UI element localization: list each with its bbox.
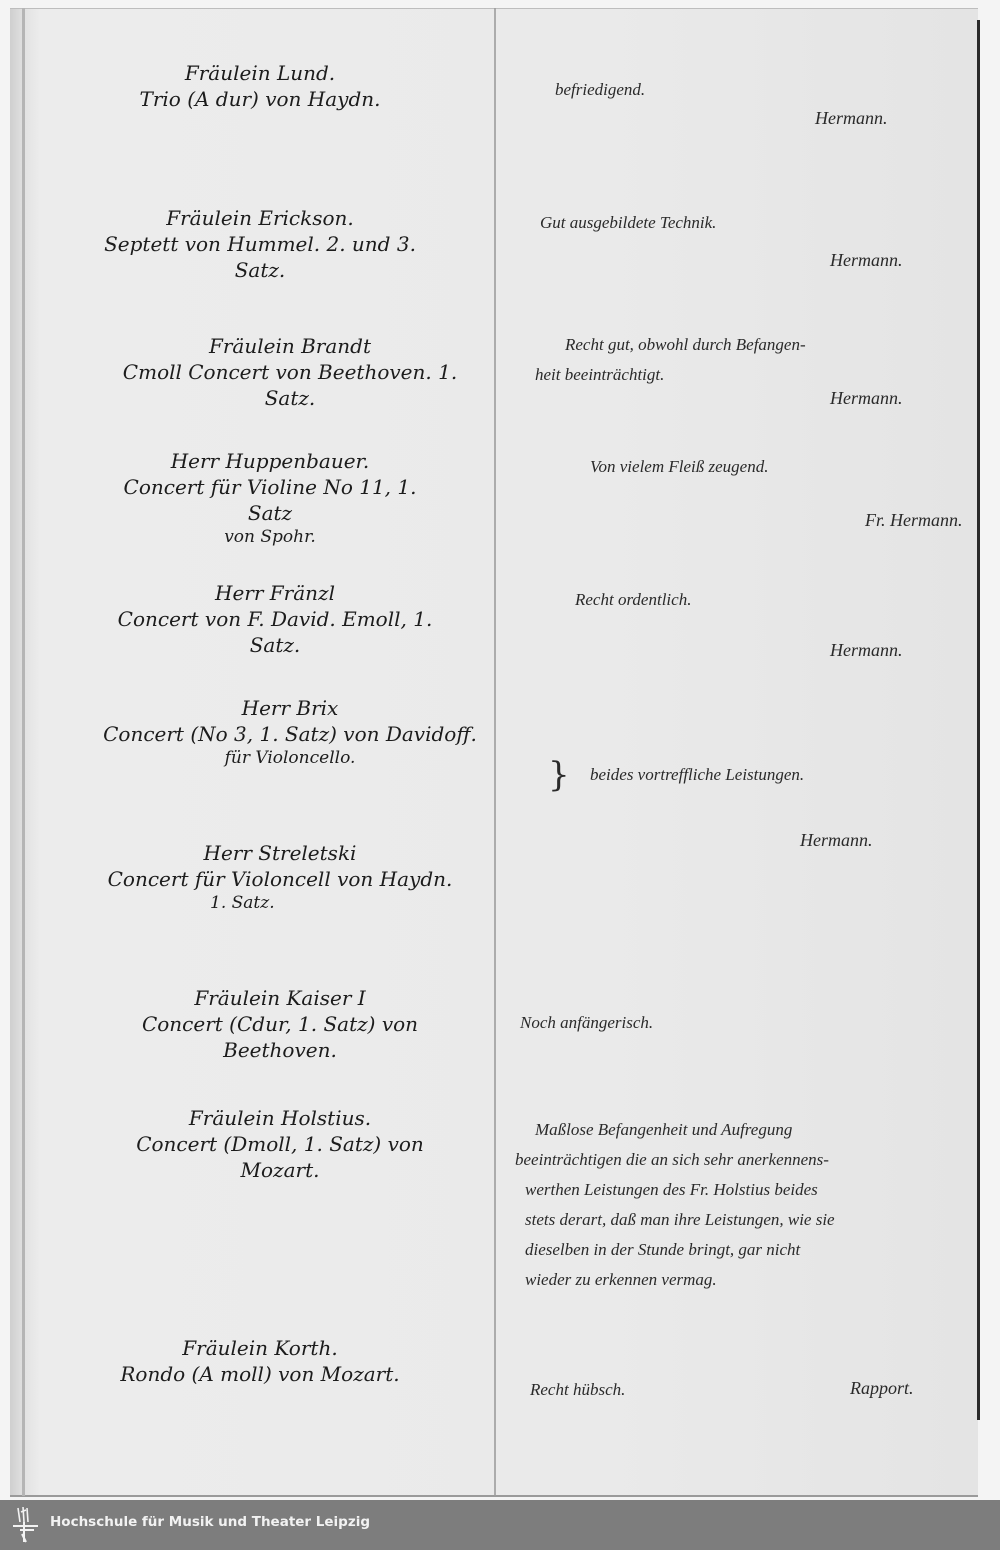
entry-streletski: Herr Streletski Concert für Violoncell v…: [100, 840, 460, 914]
entry-brix: Herr Brix Concert (No 3, 1. Satz) von Da…: [100, 695, 480, 769]
remark-brandt-line2: heit beeinträchtigt.: [535, 360, 664, 390]
remark-huppenbauer: Von vielem Fleiß zeugend.: [590, 452, 768, 482]
entry-holstius: Fräulein Holstius. Concert (Dmoll, 1. Sa…: [100, 1105, 460, 1183]
work-title-line2: 1. Satz.: [100, 892, 460, 914]
remark-line: wieder zu erkennen vermag.: [525, 1265, 975, 1295]
remark-line: werthen Leistungen des Fr. Holstius beid…: [525, 1175, 975, 1205]
work-title: Rondo (A moll) von Mozart.: [110, 1361, 410, 1387]
signature: Fr. Hermann.: [865, 510, 963, 531]
entry-lund: Fräulein Lund. Trio (A dur) von Haydn.: [90, 60, 430, 112]
page-edge-right: [977, 20, 980, 1420]
remark-holstius: Maßlose Befangenheit und Aufregung beein…: [525, 1115, 975, 1295]
remark-brandt-line1: Recht gut, obwohl durch Befangen-: [565, 330, 806, 360]
work-title: Septett von Hummel. 2. und 3. Satz.: [80, 231, 440, 283]
entry-fraenzl: Herr Fränzl Concert von F. David. Emoll,…: [100, 580, 450, 658]
performer-name: Fräulein Holstius.: [100, 1105, 460, 1131]
work-title: Trio (A dur) von Haydn.: [90, 86, 430, 112]
remark-line: stets derart, daß man ihre Leistungen, w…: [525, 1205, 975, 1235]
work-title: Cmoll Concert von Beethoven. 1. Satz.: [110, 359, 470, 411]
work-title-line2: von Spohr.: [100, 526, 440, 548]
performer-name: Fräulein Brandt: [110, 333, 470, 359]
signature: Hermann.: [830, 640, 903, 661]
page-edge-left: [22, 8, 25, 1496]
performer-name: Herr Brix: [100, 695, 480, 721]
work-title: Concert von F. David. Emoll, 1. Satz.: [100, 606, 450, 658]
performer-name: Herr Huppenbauer.: [100, 448, 440, 474]
performer-name: Herr Fränzl: [100, 580, 450, 606]
center-fold-line: [494, 8, 496, 1496]
performer-name: Fräulein Lund.: [90, 60, 430, 86]
remark-lund: befriedigend.: [555, 75, 645, 105]
work-title: Concert (Dmoll, 1. Satz) von Mozart.: [100, 1131, 460, 1183]
entry-erickson: Fräulein Erickson. Septett von Hummel. 2…: [80, 205, 440, 283]
work-title: Concert für Violine No 11, 1. Satz: [100, 474, 440, 526]
signature: Hermann.: [815, 108, 888, 129]
signature: Hermann.: [800, 830, 873, 851]
remark-brix-streletski: beides vortreffliche Leistungen.: [590, 760, 804, 790]
signature: Rapport.: [850, 1378, 914, 1399]
remark-erickson: Gut ausgebildete Technik.: [540, 208, 716, 238]
performer-name: Fräulein Erickson.: [80, 205, 440, 231]
institution-footer: Hochschule für Musik und Theater Leipzig: [0, 1500, 1000, 1550]
work-title: Concert (Cdur, 1. Satz) von Beethoven.: [90, 1011, 470, 1063]
remark-line: Maßlose Befangenheit und Aufregung: [525, 1115, 975, 1145]
remark-line: beeinträchtigen die an sich sehr anerken…: [515, 1145, 975, 1175]
remark-korth: Recht hübsch.: [530, 1375, 625, 1405]
entry-kaiser: Fräulein Kaiser I Concert (Cdur, 1. Satz…: [90, 985, 470, 1063]
remark-line: dieselben in der Stunde bringt, gar nich…: [525, 1235, 975, 1265]
scanned-document: Fräulein Lund. Trio (A dur) von Haydn. F…: [0, 0, 1000, 1500]
work-title-line2: für Violoncello.: [100, 747, 480, 769]
remark-fraenzl: Recht ordentlich.: [575, 585, 691, 615]
signature: Hermann.: [830, 250, 903, 271]
performer-name: Herr Streletski: [100, 840, 460, 866]
entry-brandt: Fräulein Brandt Cmoll Concert von Beetho…: [110, 333, 470, 411]
bracket-icon: }: [548, 755, 570, 795]
institution-name: Hochschule für Musik und Theater Leipzig: [50, 1514, 370, 1530]
work-title: Concert (No 3, 1. Satz) von Davidoff.: [100, 721, 480, 747]
hmt-leipzig-logo-icon: [10, 1504, 40, 1546]
entry-korth: Fräulein Korth. Rondo (A moll) von Mozar…: [110, 1335, 410, 1387]
performer-name: Fräulein Korth.: [110, 1335, 410, 1361]
work-title: Concert für Violoncell von Haydn.: [100, 866, 460, 892]
signature: Hermann.: [830, 388, 903, 409]
entry-huppenbauer: Herr Huppenbauer. Concert für Violine No…: [100, 448, 440, 548]
performer-name: Fräulein Kaiser I: [90, 985, 470, 1011]
remark-kaiser: Noch anfängerisch.: [520, 1008, 653, 1038]
